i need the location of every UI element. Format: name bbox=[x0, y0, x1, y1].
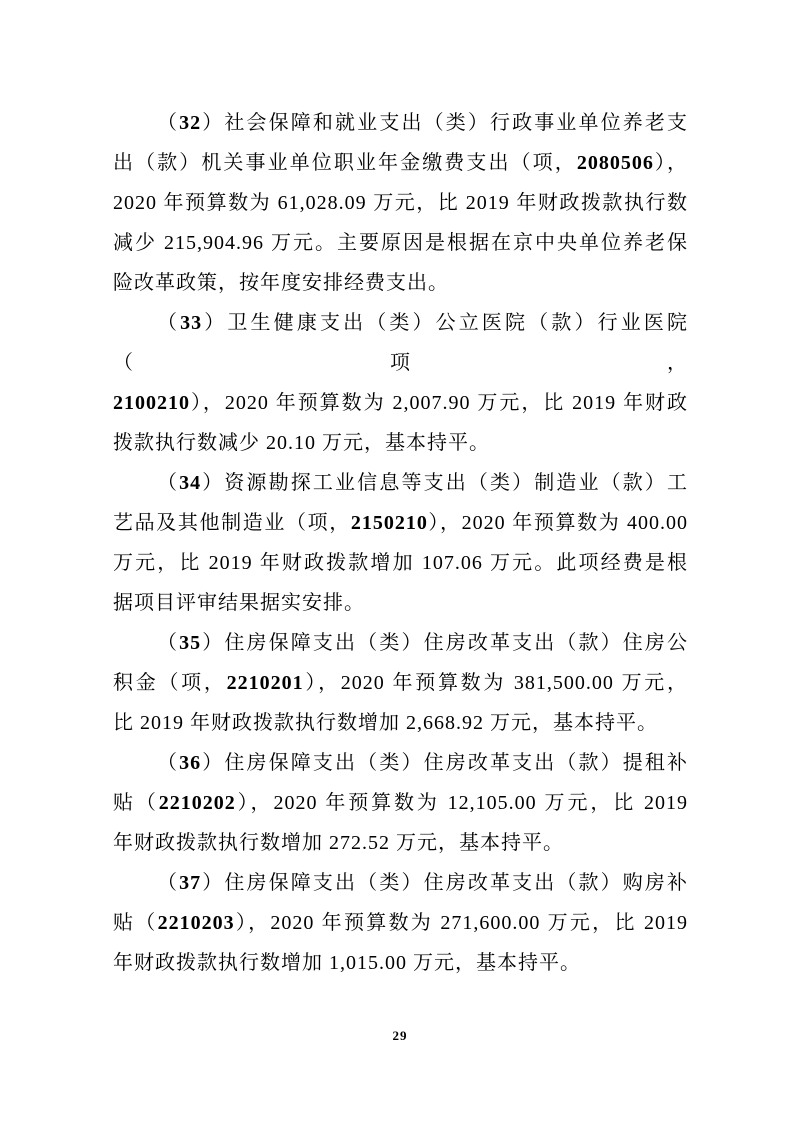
text-line: 拨款执行数减少 20.10 万元，基本持平。 bbox=[113, 423, 688, 463]
text-run: ），2020 年预算数为 400.00 bbox=[428, 512, 688, 534]
text-run: ）住房保障支出（类）住房改革支出（款）购房补 bbox=[201, 872, 688, 894]
text-run: ）住房保障支出（类）住房改革支出（款）提租补 bbox=[201, 752, 688, 774]
budget-code: 2100210 bbox=[113, 392, 190, 414]
document-page: （32）社会保障和就业支出（类）行政事业单位养老支出（款）机关事业单位职业年金缴… bbox=[0, 0, 800, 1131]
text-line: （32）社会保障和就业支出（类）行政事业单位养老支 bbox=[113, 103, 688, 143]
budget-code: 2210201 bbox=[227, 672, 304, 694]
budget-code: 2210202 bbox=[159, 792, 236, 814]
text-line: 据项目评审结果据实安排。 bbox=[113, 583, 688, 623]
text-line: （35）住房保障支出（类）住房改革支出（款）住房公 bbox=[113, 623, 688, 663]
text-run: （ bbox=[157, 312, 180, 334]
text-run: ）住房保障支出（类）住房改革支出（款）住房公 bbox=[201, 632, 688, 654]
document-body: （32）社会保障和就业支出（类）行政事业单位养老支出（款）机关事业单位职业年金缴… bbox=[113, 103, 688, 983]
text-line: 减少 215,904.96 万元。主要原因是根据在京中央单位养老保 bbox=[113, 223, 688, 263]
budget-code: 34 bbox=[179, 472, 201, 494]
text-line: （36）住房保障支出（类）住房改革支出（款）提租补 bbox=[113, 743, 688, 783]
text-line: 积金（项，2210201），2020 年预算数为 381,500.00 万元， bbox=[113, 663, 688, 703]
text-run: 比 2019 年财政拨款执行数增加 2,668.92 万元，基本持平。 bbox=[113, 712, 658, 734]
text-run: （ bbox=[157, 112, 179, 134]
text-line: （34）资源勘探工业信息等支出（类）制造业（款）工 bbox=[113, 463, 688, 503]
text-line: 万元，比 2019 年财政拨款增加 107.06 万元。此项经费是根 bbox=[113, 543, 688, 583]
budget-code: 2150210 bbox=[351, 512, 428, 534]
text-line: 出（款）机关事业单位职业年金缴费支出（项，2080506）， bbox=[113, 143, 688, 183]
text-run: ），2020 年预算数为 12,105.00 万元，比 2019 bbox=[236, 792, 688, 814]
budget-code: 2080506 bbox=[577, 152, 654, 174]
text-run: 万元，比 2019 年财政拨款增加 107.06 万元。此项经费是根 bbox=[113, 552, 688, 574]
text-line: 2020 年预算数为 61,028.09 万元，比 2019 年财政拨款执行数 bbox=[113, 183, 688, 223]
budget-code: 37 bbox=[179, 872, 201, 894]
text-run: 出（款）机关事业单位职业年金缴费支出（项， bbox=[113, 152, 577, 174]
text-run: 年财政拨款执行数增加 272.52 万元，基本持平。 bbox=[113, 832, 564, 854]
text-run: 积金（项， bbox=[113, 672, 227, 694]
paragraph-36: （36）住房保障支出（类）住房改革支出（款）提租补贴（2210202），2020… bbox=[113, 743, 688, 863]
text-run: （ bbox=[157, 752, 179, 774]
text-run: （ bbox=[157, 632, 179, 654]
paragraph-33: （33）卫生健康支出（类）公立医院（款）行业医院（项，2100210），2020… bbox=[113, 303, 688, 463]
text-line: 险改革政策，按年度安排经费支出。 bbox=[113, 263, 688, 303]
text-run: ）社会保障和就业支出（类）行政事业单位养老支 bbox=[201, 112, 688, 134]
text-line: 贴（2210202），2020 年预算数为 12,105.00 万元，比 201… bbox=[113, 783, 688, 823]
text-run: ），2020 年预算数为 2,007.90 万元，比 2019 年财政 bbox=[190, 392, 688, 414]
paragraph-35: （35）住房保障支出（类）住房改革支出（款）住房公积金（项，2210201），2… bbox=[113, 623, 688, 743]
text-run: （ bbox=[157, 472, 179, 494]
text-line: 艺品及其他制造业（项，2150210），2020 年预算数为 400.00 bbox=[113, 503, 688, 543]
text-run: ）， bbox=[654, 152, 688, 174]
text-line: 比 2019 年财政拨款执行数增加 2,668.92 万元，基本持平。 bbox=[113, 703, 688, 743]
paragraph-32: （32）社会保障和就业支出（类）行政事业单位养老支出（款）机关事业单位职业年金缴… bbox=[113, 103, 688, 303]
text-run: ），2020 年预算数为 271,600.00 万元，比 2019 bbox=[235, 912, 688, 934]
text-line: 年财政拨款执行数增加 1,015.00 万元，基本持平。 bbox=[113, 943, 688, 983]
text-line: 2100210），2020 年预算数为 2,007.90 万元，比 2019 年… bbox=[113, 383, 688, 423]
text-run: 2020 年预算数为 61,028.09 万元，比 2019 年财政拨款执行数 bbox=[113, 192, 688, 214]
text-run: 据项目评审结果据实安排。 bbox=[113, 592, 365, 614]
text-run: ），2020 年预算数为 381,500.00 万元， bbox=[304, 672, 688, 694]
budget-code: 33 bbox=[180, 312, 202, 334]
text-line: 贴（2210203），2020 年预算数为 271,600.00 万元，比 20… bbox=[113, 903, 688, 943]
text-run: 减少 215,904.96 万元。主要原因是根据在京中央单位养老保 bbox=[113, 232, 688, 254]
page-number: 29 bbox=[0, 1028, 800, 1044]
text-line: （33）卫生健康支出（类）公立医院（款）行业医院（项， bbox=[113, 303, 688, 383]
text-run: 拨款执行数减少 20.10 万元，基本持平。 bbox=[113, 432, 490, 454]
text-run: 贴（ bbox=[113, 792, 159, 814]
budget-code: 36 bbox=[179, 752, 201, 774]
text-line: （37）住房保障支出（类）住房改革支出（款）购房补 bbox=[113, 863, 688, 903]
budget-code: 32 bbox=[179, 112, 201, 134]
text-run: 艺品及其他制造业（项， bbox=[113, 512, 351, 534]
text-run: （ bbox=[157, 872, 179, 894]
paragraph-37: （37）住房保障支出（类）住房改革支出（款）购房补贴（2210203），2020… bbox=[113, 863, 688, 983]
text-run: 年财政拨款执行数增加 1,015.00 万元，基本持平。 bbox=[113, 952, 581, 974]
text-run: 贴（ bbox=[113, 912, 158, 934]
budget-code: 35 bbox=[179, 632, 201, 654]
text-run: ）资源勘探工业信息等支出（类）制造业（款）工 bbox=[201, 472, 688, 494]
paragraph-34: （34）资源勘探工业信息等支出（类）制造业（款）工艺品及其他制造业（项，2150… bbox=[113, 463, 688, 623]
budget-code: 2210203 bbox=[158, 912, 235, 934]
text-run: 险改革政策，按年度安排经费支出。 bbox=[113, 272, 449, 294]
text-line: 年财政拨款执行数增加 272.52 万元，基本持平。 bbox=[113, 823, 688, 863]
